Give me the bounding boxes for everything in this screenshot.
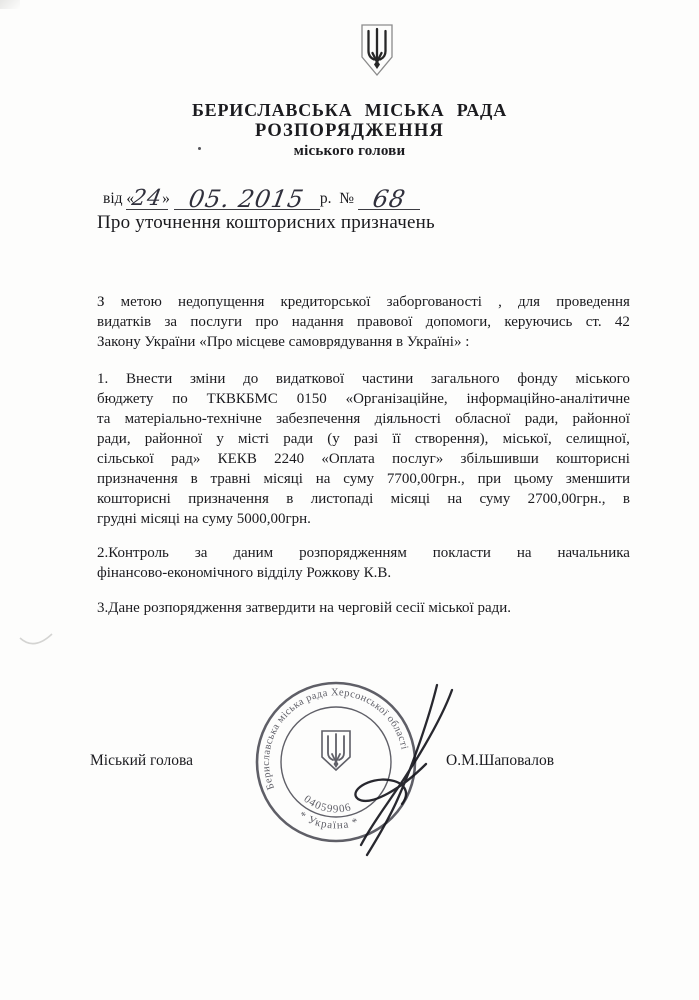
handwritten-day: 24	[130, 189, 164, 209]
body-line: таматеріально-технічнезабезпеченнядіяльн…	[97, 409, 630, 429]
ukraine-trident-icon	[359, 22, 395, 80]
org-name: БЕРИСЛАВСЬКА МІСЬКА РАДА	[0, 100, 699, 121]
subject-line: Про уточнення кошторисних призначень	[97, 212, 435, 234]
clause-3-paragraph: 3.Дане розпорядження затвердити на черго…	[97, 598, 630, 618]
date-month-year-field: 05. 2015	[174, 189, 320, 210]
scan-smudge	[0, 0, 20, 9]
body-line: Зметоюнедопущеннякредиторськоїзаборгован…	[97, 292, 630, 312]
body-line: 1.Внестизмінидовидатковоїчастинизагально…	[97, 369, 630, 389]
body-line: видатківзапослугипронаданняправовоїдопом…	[97, 312, 630, 332]
signer-position: Міський голова	[90, 752, 193, 770]
body-line: 2.Контрользаданимрозпорядженнямпокластин…	[97, 543, 630, 563]
clause-2-paragraph: 2.Контрользаданимрозпорядженнямпокластин…	[97, 543, 630, 583]
body-line: кошторисніпризначеннявлистопадімісяцінас…	[97, 489, 630, 509]
svg-text:04059906: 04059906	[301, 793, 353, 815]
clause-1-paragraph: 1.Внестизмінидовидатковоїчастинизагально…	[97, 369, 630, 529]
body-line: Закону України «Про місцеве самоврядуван…	[97, 332, 630, 352]
body-line: призначеннявтравнімісяцінасуму7700,00грн…	[97, 469, 630, 489]
document-number-field: 68	[358, 189, 420, 210]
document-page: БЕРИСЛАВСЬКА МІСЬКА РАДА РОЗПОРЯДЖЕННЯ м…	[0, 0, 699, 1000]
date-number-line: від « 24 » 05. 2015 р. № 68	[103, 183, 420, 210]
signature-stroke	[355, 685, 452, 855]
body-line: фінансово-економічного відділу Рожкову К…	[97, 563, 630, 583]
handwritten-month-year: 05. 2015	[188, 189, 306, 209]
body-line: 3.Дане розпорядження затвердити на черго…	[97, 598, 630, 618]
scan-pencil-mark	[14, 626, 58, 652]
body-line: ради,районноїумістіради(уразіїїстворення…	[97, 429, 630, 449]
seal-code-text: 04059906	[301, 793, 353, 815]
official-seal: Бериславська міська рада Херсонської обл…	[240, 668, 470, 868]
document-type: РОЗПОРЯДЖЕННЯ	[0, 121, 699, 142]
document-issuer: міського голови	[0, 143, 699, 160]
body-line: грудні місяці на суму 5000,00грн.	[97, 509, 630, 529]
date-suffix-label: р. №	[320, 190, 354, 210]
handwritten-number: 68	[371, 189, 407, 209]
date-close-quote: »	[162, 190, 170, 210]
scan-dot	[198, 147, 201, 150]
body-line: бюджетупоТКВКБМС0150«Організаційне,інфор…	[97, 389, 630, 409]
preamble-paragraph: Зметоюнедопущеннякредиторськоїзаборгован…	[97, 292, 630, 352]
seal-trident-icon	[322, 731, 350, 770]
body-line: сільськоїрад»КЕКВ2240«Оплатапослуг»збіль…	[97, 449, 630, 469]
